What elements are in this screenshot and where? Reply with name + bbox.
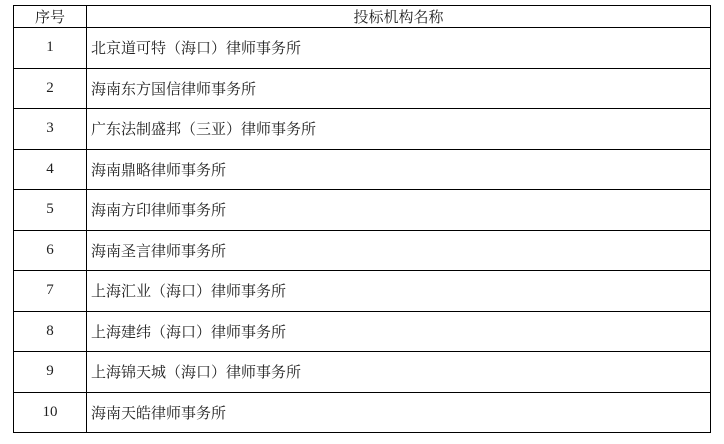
table-row: 2 海南东方国信律师事务所: [14, 68, 711, 109]
row-bidder-name: 海南东方国信律师事务所: [87, 68, 711, 109]
row-bidder-name: 北京道可特（海口）律师事务所: [87, 28, 711, 69]
row-serial-number: 1: [14, 28, 87, 69]
row-bidder-name: 海南方印律师事务所: [87, 190, 711, 231]
table-body: 1 北京道可特（海口）律师事务所 2 海南东方国信律师事务所 3 广东法制盛邦（…: [14, 28, 711, 433]
bidders-table: 序号 投标机构名称 1 北京道可特（海口）律师事务所 2 海南东方国信律师事务所…: [13, 5, 711, 433]
table-row: 8 上海建纬（海口）律师事务所: [14, 311, 711, 352]
row-serial-number: 3: [14, 109, 87, 150]
table-row: 5 海南方印律师事务所: [14, 190, 711, 231]
table-row: 7 上海汇业（海口）律师事务所: [14, 271, 711, 312]
row-bidder-name: 上海汇业（海口）律师事务所: [87, 271, 711, 312]
table-row: 4 海南鼎略律师事务所: [14, 149, 711, 190]
bidders-table-grid: 序号 投标机构名称 1 北京道可特（海口）律师事务所 2 海南东方国信律师事务所…: [13, 5, 711, 433]
row-bidder-name: 上海建纬（海口）律师事务所: [87, 311, 711, 352]
row-serial-number: 5: [14, 190, 87, 231]
header-serial-number: 序号: [14, 6, 87, 28]
row-serial-number: 9: [14, 352, 87, 393]
row-bidder-name: 海南圣言律师事务所: [87, 230, 711, 271]
row-serial-number: 8: [14, 311, 87, 352]
row-bidder-name: 海南鼎略律师事务所: [87, 149, 711, 190]
row-serial-number: 6: [14, 230, 87, 271]
row-serial-number: 7: [14, 271, 87, 312]
header-row: 序号 投标机构名称: [14, 6, 711, 28]
row-bidder-name: 上海锦天城（海口）律师事务所: [87, 352, 711, 393]
table-row: 6 海南圣言律师事务所: [14, 230, 711, 271]
row-serial-number: 4: [14, 149, 87, 190]
row-bidder-name: 海南天皓律师事务所: [87, 392, 711, 433]
header-bidder-name: 投标机构名称: [87, 6, 711, 28]
row-serial-number: 10: [14, 392, 87, 433]
table-row: 10 海南天皓律师事务所: [14, 392, 711, 433]
table-row: 9 上海锦天城（海口）律师事务所: [14, 352, 711, 393]
row-bidder-name: 广东法制盛邦（三亚）律师事务所: [87, 109, 711, 150]
table-row: 1 北京道可特（海口）律师事务所: [14, 28, 711, 69]
table-row: 3 广东法制盛邦（三亚）律师事务所: [14, 109, 711, 150]
row-serial-number: 2: [14, 68, 87, 109]
